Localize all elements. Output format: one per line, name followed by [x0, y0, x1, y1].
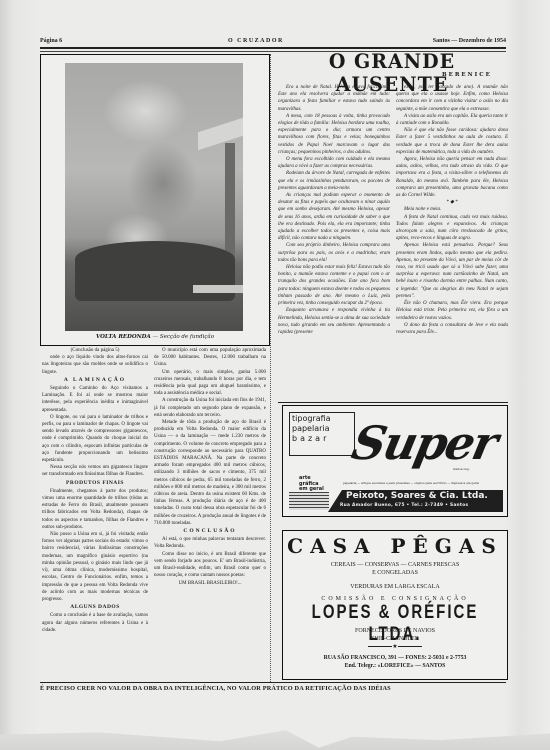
- ad-line: CEREAIS — CONSERVAS — CARNES FRESCAS: [283, 562, 507, 568]
- ad-line: E CONGELADAS: [283, 570, 507, 576]
- paragraph: O lingote, ou vai para o laminador de tr…: [42, 414, 148, 464]
- footer-rule: [40, 682, 506, 683]
- photo-caption: VOLTA REDONDA — Secção de fundição: [41, 334, 269, 340]
- story-column-1: Era a noite de Natal. Heloisa estava fel…: [278, 84, 390, 402]
- photo-bar: [193, 285, 243, 293]
- ad-line: VERDURAS EM LARGA ESCALA: [283, 584, 507, 590]
- closing-line: UM BRASIL BRASILEIRO!...: [154, 580, 266, 587]
- paragraph: Nâo posso a Usina em si, já foi visitada…: [42, 531, 148, 603]
- paragraph: extra, por ter passado de ano). A mamãe …: [396, 84, 508, 113]
- story-column-2: extra, por ter passado de ano). A mamãe …: [396, 84, 508, 402]
- continuation-note: (Conclusão da página 5): [42, 347, 148, 354]
- section-heading: PRODUTOS FINAIS: [42, 480, 148, 487]
- star-divider: ★: [283, 643, 507, 650]
- paragraph: Como a conclusão é a base de avaliação, …: [42, 612, 148, 634]
- section-heading: A LAMINAÇÃO: [42, 377, 148, 384]
- footer-motto: É PRECISO CRER NO VALOR DA OBRA DA INTEL…: [40, 685, 510, 692]
- paragraph: Metade de tôda a produção de aço do Bras…: [154, 419, 266, 527]
- column-divider: [270, 54, 272, 682]
- paragraph: Nessa secção nós vemos um gigantesco lin…: [42, 464, 148, 478]
- paragraph: Com seu próprio dinheiro, Heloisa compra…: [278, 242, 390, 264]
- section-divider: * ◆ *: [396, 199, 508, 206]
- ad-telegraph: End. Telegr.: «LOREFICE» — SANTOS: [283, 663, 507, 669]
- story-end-rule: [278, 402, 508, 403]
- ad-address: RUA SÃO FRANCISCO, 391 — FONES: 2-5031 e…: [283, 655, 507, 661]
- photo-beam: [198, 118, 243, 151]
- paragraph: O dono da festa a consultara de leve e e…: [396, 322, 508, 336]
- ad-address: Rua Amador Bueno, 675 • Tel.: 2-7349 • S…: [340, 503, 468, 508]
- ad-line: bazar: [292, 434, 352, 444]
- photo-frame: VOLTA REDONDA — Secção de fundição: [40, 54, 270, 346]
- paragraph: O menu fora escolhido com cuidado e ela …: [278, 156, 390, 170]
- paragraph: Êle não O chamara, mas Êle viera. Era po…: [396, 300, 508, 322]
- ad-brand-logo: Super: [347, 416, 501, 470]
- paragraph: onde o aço líquido vindo dos altos-forno…: [42, 354, 148, 376]
- paragraph: A construção da Usina foi iniciada em fi…: [154, 397, 266, 419]
- torn-paper-edge: [0, 728, 550, 750]
- ad-line: tipografia: [292, 414, 352, 424]
- ad-store-name: CASA PÊGAS: [283, 534, 507, 558]
- paragraph: Seguindo o Caminho do Aço visitamos a La…: [42, 385, 148, 414]
- paragraph: As crianças mal podiam esperar o momento…: [278, 192, 390, 242]
- paragraph: A festa de Natal continua, cada vez mais…: [396, 214, 508, 243]
- newspaper-name: O CRUZADOR: [228, 38, 284, 44]
- paragraph: O município está com uma população aprox…: [154, 347, 266, 369]
- ad-registered-mark: marca reg.: [453, 467, 470, 471]
- ad-line: FORNECEDORES DE NAVIOS: [283, 628, 507, 634]
- paragraph: Não é que ela não fosse caridosa: ajudar…: [396, 127, 508, 156]
- ad-stripes-decoration: [289, 492, 329, 510]
- caption-desc: — Secção de fundição: [153, 334, 214, 340]
- ad-firm-name: Peixoto, Soares & Cia. Ltda.: [346, 491, 488, 501]
- story-author: BERENICE: [442, 72, 492, 78]
- article-column-2: O município está com uma população aprox…: [154, 347, 266, 681]
- section-heading: CONCLUSÃO: [154, 528, 266, 535]
- newspaper-page: Página 6 O CRUZADOR Santos — Dezembro de…: [0, 0, 550, 750]
- page-number: Página 6: [40, 38, 62, 44]
- section-heading: ALGUNS DADOS: [42, 604, 148, 611]
- article-column-1: (Conclusão da página 5) onde o aço líqui…: [42, 347, 148, 681]
- caption-place: VOLTA REDONDA: [96, 334, 151, 340]
- paragraph: Um operário, o mais simples, ganha 5.000…: [154, 369, 266, 398]
- paragraph: A mesa, com 18 pessoas à volta, tinha pr…: [278, 113, 390, 156]
- photo-column: [225, 143, 235, 263]
- paragraph: Agora, Heloisa não queria pensar em nada…: [396, 156, 508, 199]
- ad-line: SHIP-CHANDLER: [283, 636, 507, 642]
- ad-line: papelaria: [292, 424, 352, 434]
- paragraph: Meia noite e meia.: [396, 206, 508, 213]
- paragraph: Enquanto arrumava e respondia vivinha à …: [278, 307, 390, 336]
- dateline: Santos — Dezembro de 1954: [433, 38, 506, 44]
- ad-arte-grafica: arte gráfica em geral: [299, 476, 324, 493]
- paragraph: Finalmente, chegamos à parte dos produto…: [42, 488, 148, 531]
- paragraph: Rodeiam da árvore de Natal, carregada de…: [278, 170, 390, 192]
- paragraph: Heloisa não podia estar mais feliz! Esta…: [278, 264, 390, 307]
- advertisement-casa-pegas: CASA PÊGAS CEREAIS — CONSERVAS — CARNES …: [282, 530, 508, 680]
- paragraph: Apenas Heloisa está pensativa. Porque? S…: [396, 242, 508, 300]
- paragraph: Aí está, o que minhas palavras tentaram …: [154, 536, 266, 550]
- ad-firm-band: Peixoto, Soares & Cia. Ltda. Rua Amador …: [328, 490, 503, 512]
- ad-fineprint: papelaria — artigos escolares e para pre…: [343, 482, 493, 485]
- paragraph: A visita ao asilo era um capitão. Ela qu…: [396, 113, 508, 127]
- advertisement-super: tipografia papelaria bazar Super marca r…: [282, 405, 508, 517]
- ad-services-box: tipografia papelaria bazar: [289, 412, 355, 456]
- foundry-photo: [65, 63, 243, 331]
- paragraph: Como disse no início, é um Brasil difere…: [154, 551, 266, 580]
- paragraph: Era a noite de Natal. Heloisa estava fel…: [278, 84, 390, 113]
